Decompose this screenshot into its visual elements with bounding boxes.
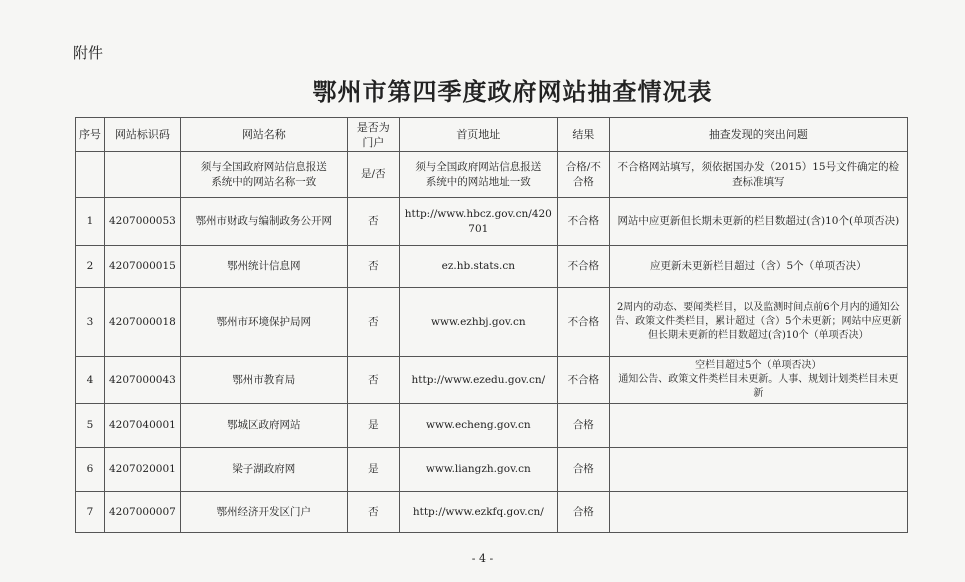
cell-seq bbox=[76, 152, 105, 198]
cell-issues: 网站中应更新但长期未更新的栏目数超过(含)10个(单项否决) bbox=[609, 198, 907, 246]
cell-code: 4207020001 bbox=[105, 448, 181, 492]
header-issues: 抽查发现的突出问题 bbox=[609, 118, 907, 152]
cell-name: 鄂州统计信息网 bbox=[180, 246, 347, 288]
cell-result: 不合格 bbox=[557, 288, 609, 357]
cell-name: 鄂州市环境保护局网 bbox=[180, 288, 347, 357]
header-row: 序号 网站标识码 网站名称 是否为门户 首页地址 结果 抽查发现的突出问题 bbox=[76, 118, 908, 152]
cell-code: 4207000018 bbox=[105, 288, 181, 357]
table-row: 4 4207000043 鄂州市教育局 否 http://www.ezedu.g… bbox=[76, 357, 908, 404]
cell-issues: 空栏目超过5个（单项否决） 通知公告、政策文件类栏目未更新。人事、规划计划类栏目… bbox=[609, 357, 907, 404]
table-row: 6 4207020001 梁子湖政府网 是 www.liangzh.gov.cn… bbox=[76, 448, 908, 492]
cell-url: www.ezhbj.gov.cn bbox=[399, 288, 557, 357]
cell-result: 不合格 bbox=[557, 357, 609, 404]
cell-url: http://www.ezkfq.gov.cn/ bbox=[399, 492, 557, 533]
cell-seq: 6 bbox=[76, 448, 105, 492]
cell-result: 不合格 bbox=[557, 198, 609, 246]
cell-result: 合格 bbox=[557, 404, 609, 448]
header-name: 网站名称 bbox=[180, 118, 347, 152]
header-result: 结果 bbox=[557, 118, 609, 152]
cell-issues bbox=[609, 404, 907, 448]
cell-portal: 是 bbox=[347, 404, 399, 448]
attachment-label: 附件 bbox=[73, 42, 103, 63]
cell-result: 合格 bbox=[557, 492, 609, 533]
cell-code: 4207000053 bbox=[105, 198, 181, 246]
header-url: 首页地址 bbox=[399, 118, 557, 152]
cell-name: 须与全国政府网站信息报送系统中的网站名称一致 bbox=[180, 152, 347, 198]
page-title: 鄂州市第四季度政府网站抽查情况表 bbox=[0, 72, 965, 107]
header-code: 网站标识码 bbox=[105, 118, 181, 152]
cell-issues bbox=[609, 448, 907, 492]
cell-portal: 否 bbox=[347, 288, 399, 357]
cell-code: 4207000043 bbox=[105, 357, 181, 404]
cell-portal: 是/否 bbox=[347, 152, 399, 198]
cell-seq: 7 bbox=[76, 492, 105, 533]
cell-issues bbox=[609, 492, 907, 533]
cell-result: 不合格 bbox=[557, 246, 609, 288]
table-row: 2 4207000015 鄂州统计信息网 否 ez.hb.stats.cn 不合… bbox=[76, 246, 908, 288]
cell-portal: 否 bbox=[347, 198, 399, 246]
cell-issues: 不合格网站填写，须依据国办发（2015）15号文件确定的检查标准填写 bbox=[609, 152, 907, 198]
note-row: 须与全国政府网站信息报送系统中的网站名称一致 是/否 须与全国政府网站信息报送系… bbox=[76, 152, 908, 198]
inspection-table: 序号 网站标识码 网站名称 是否为门户 首页地址 结果 抽查发现的突出问题 须与… bbox=[75, 117, 908, 533]
cell-code bbox=[105, 152, 181, 198]
cell-name: 鄂州市财政与编制政务公开网 bbox=[180, 198, 347, 246]
cell-issues: 应更新未更新栏目超过（含）5个（单项否决） bbox=[609, 246, 907, 288]
cell-result: 合格/不合格 bbox=[557, 152, 609, 198]
cell-url: http://www.hbcz.gov.cn/420701 bbox=[399, 198, 557, 246]
cell-seq: 2 bbox=[76, 246, 105, 288]
table-row: 1 4207000053 鄂州市财政与编制政务公开网 否 http://www.… bbox=[76, 198, 908, 246]
cell-url: www.echeng.gov.cn bbox=[399, 404, 557, 448]
cell-name: 鄂州市教育局 bbox=[180, 357, 347, 404]
cell-url: www.liangzh.gov.cn bbox=[399, 448, 557, 492]
cell-portal: 否 bbox=[347, 492, 399, 533]
cell-portal: 否 bbox=[347, 246, 399, 288]
cell-url: 须与全国政府网站信息报送系统中的网站地址一致 bbox=[399, 152, 557, 198]
cell-code: 4207040001 bbox=[105, 404, 181, 448]
cell-name: 鄂州经济开发区门户 bbox=[180, 492, 347, 533]
table-row: 5 4207040001 鄂城区政府网站 是 www.echeng.gov.cn… bbox=[76, 404, 908, 448]
cell-name: 鄂城区政府网站 bbox=[180, 404, 347, 448]
cell-portal: 否 bbox=[347, 357, 399, 404]
cell-seq: 5 bbox=[76, 404, 105, 448]
cell-name: 梁子湖政府网 bbox=[180, 448, 347, 492]
cell-issues: 2周内的动态、要闻类栏目，以及监测时间点前6个月内的通知公告、政策文件类栏目，累… bbox=[609, 288, 907, 357]
cell-seq: 1 bbox=[76, 198, 105, 246]
cell-url: ez.hb.stats.cn bbox=[399, 246, 557, 288]
cell-seq: 3 bbox=[76, 288, 105, 357]
header-portal: 是否为门户 bbox=[347, 118, 399, 152]
cell-url: http://www.ezedu.gov.cn/ bbox=[399, 357, 557, 404]
cell-result: 合格 bbox=[557, 448, 609, 492]
cell-code: 4207000007 bbox=[105, 492, 181, 533]
cell-code: 4207000015 bbox=[105, 246, 181, 288]
cell-portal: 是 bbox=[347, 448, 399, 492]
header-seq: 序号 bbox=[76, 118, 105, 152]
table-row: 3 4207000018 鄂州市环境保护局网 否 www.ezhbj.gov.c… bbox=[76, 288, 908, 357]
page-number: - 4 - bbox=[0, 552, 965, 565]
cell-seq: 4 bbox=[76, 357, 105, 404]
table-row: 7 4207000007 鄂州经济开发区门户 否 http://www.ezkf… bbox=[76, 492, 908, 533]
